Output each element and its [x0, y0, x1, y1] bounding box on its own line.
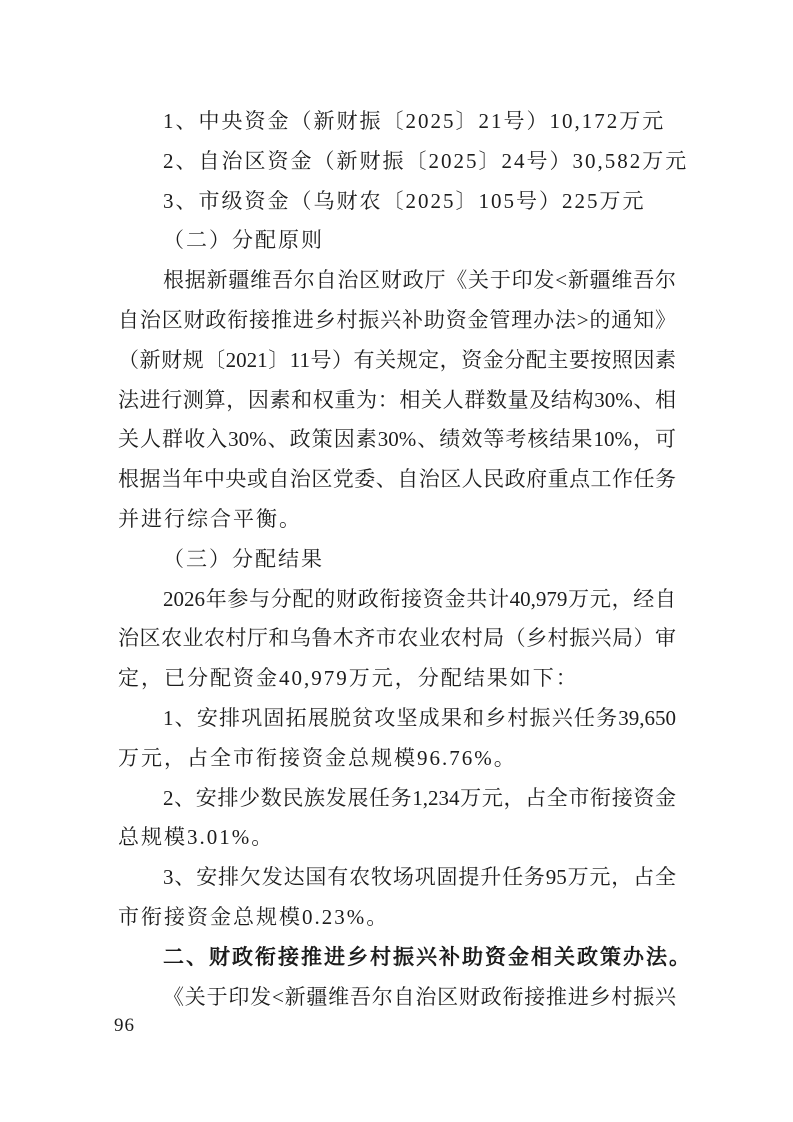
text-line: 市衔接资金总规模0.23%。 [118, 898, 676, 938]
text-line: （二）分配原则 [118, 221, 676, 261]
text-line: 《关于印发<新疆维吾尔自治区财政衔接推进乡村振兴 [118, 978, 676, 1018]
text-line: 定，已分配资金40,979万元，分配结果如下： [118, 659, 676, 699]
document-page: 1、中央资金（新财振〔2025〕21号）10,172万元2、自治区资金（新财振〔… [0, 0, 793, 1122]
text-line: 并进行综合平衡。 [118, 500, 676, 540]
text-line: 关人群收入30%、政策因素30%、绩效等考核结果10%，可 [118, 420, 676, 460]
text-line: 法进行测算，因素和权重为：相关人群数量及结构30%、相 [118, 381, 676, 421]
text-line: （新财规〔2021〕11号）有关规定，资金分配主要按照因素 [118, 341, 676, 381]
text-line: 3、安排欠发达国有农牧场巩固提升任务95万元，占全 [118, 858, 676, 898]
text-line: 总规模3.01%。 [118, 818, 676, 858]
text-line: 根据新疆维吾尔自治区财政厅《关于印发<新疆维吾尔 [118, 261, 676, 301]
text-line: （三）分配结果 [118, 540, 676, 580]
text-line: 根据当年中央或自治区党委、自治区人民政府重点工作任务 [118, 460, 676, 500]
text-line: 2026年参与分配的财政衔接资金共计40,979万元，经自 [118, 580, 676, 620]
text-line: 万元，占全市衔接资金总规模96.76%。 [118, 739, 676, 779]
text-line: 1、中央资金（新财振〔2025〕21号）10,172万元 [118, 102, 676, 142]
text-line: 3、市级资金（乌财农〔2025〕105号）225万元 [118, 182, 676, 222]
text-line: 治区农业农村厅和乌鲁木齐市农业农村局（乡村振兴局）审 [118, 619, 676, 659]
text-line: 二、财政衔接推进乡村振兴补助资金相关政策办法。 [118, 938, 676, 978]
text-line: 自治区财政衔接推进乡村振兴补助资金管理办法>的通知》 [118, 301, 676, 341]
text-line: 2、安排少数民族发展任务1,234万元，占全市衔接资金 [118, 779, 676, 819]
text-line: 2、自治区资金（新财振〔2025〕24号）30,582万元 [118, 142, 676, 182]
document-body: 1、中央资金（新财振〔2025〕21号）10,172万元2、自治区资金（新财振〔… [118, 102, 676, 1017]
page-number: 96 [114, 1012, 135, 1040]
text-line: 1、安排巩固拓展脱贫攻坚成果和乡村振兴任务39,650 [118, 699, 676, 739]
